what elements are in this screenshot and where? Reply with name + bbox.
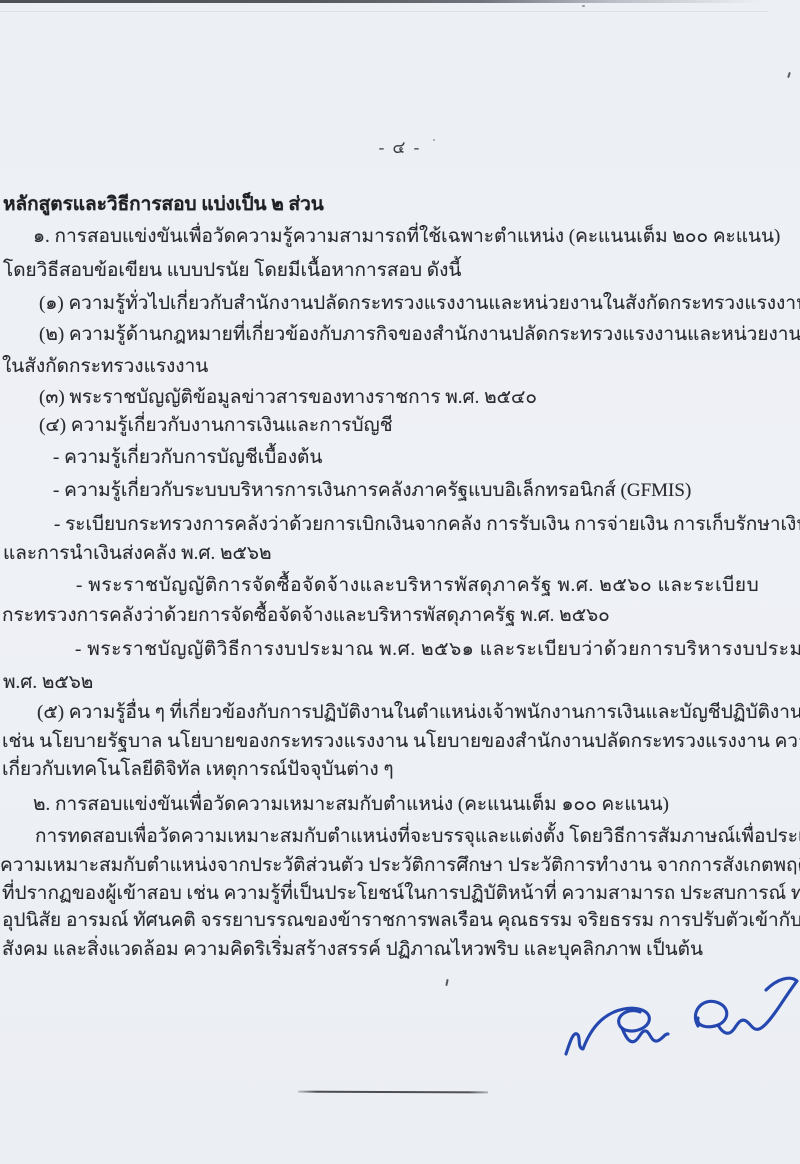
topic-5: (๕) ความรู้อื่น ๆ ที่เกี่ยวข้องกับการปฏิ… bbox=[37, 700, 800, 726]
subtopic-gfmis: - ความรู้เกี่ยวกับระบบบริหารการเงินการคล… bbox=[53, 478, 691, 504]
part2-description-1: การทดสอบเพื่อวัดความเหมาะสมกับตำแหน่งที่… bbox=[35, 824, 800, 850]
topic-5-continued-2: เกี่ยวกับเทคโนโลยีดิจิทัล เหตุการณ์ปัจจุ… bbox=[2, 757, 394, 783]
section-heading: หลักสูตรและวิธีการสอบ แบ่งเป็น ๒ ส่วน bbox=[3, 192, 324, 218]
subtopic-budget-continued: พ.ศ. ๒๕๖๒ bbox=[3, 670, 93, 696]
signature-ink bbox=[556, 966, 800, 1070]
part2-description-2: ความเหมาะสมกับตำแหน่งจากประวัติส่วนตัว ป… bbox=[0, 853, 800, 879]
scanned-document-page: - ๔ - หลักสูตรและวิธีการสอบ แบ่งเป็น ๒ ส… bbox=[0, 0, 800, 1164]
topic-1: (๑) ความรู้ทั่วไปเกี่ยวกับสำนักงานปลัดกร… bbox=[39, 291, 800, 317]
topic-2-continued: ในสังกัดกระทรวงแรงงาน bbox=[2, 354, 208, 380]
topic-5-continued-1: เช่น นโยบายรัฐบาล นโยบายของกระทรวงแรงงาน… bbox=[2, 729, 800, 755]
part2-description-3: ที่ปรากฏของผู้เข้าสอบ เช่น ความรู้ที่เป็… bbox=[2, 881, 800, 907]
subtopic-accounting-basics: - ความรู้เกี่ยวกับการบัญชีเบื้องต้น bbox=[53, 445, 322, 471]
subtopic-budget-act: - พระราชบัญญัติวิธีการงบประมาณ พ.ศ. ๒๕๖๑… bbox=[75, 637, 800, 663]
part1-method: โดยวิธีสอบข้อเขียน แบบปรนัย โดยมีเนื้อหา… bbox=[3, 258, 461, 284]
topic-3: (๓) พระราชบัญญัติข้อมูลข่าวสารของทางราชก… bbox=[39, 385, 537, 411]
part2-title: ๒. การสอบแข่งขันเพื่อวัดความเหมาะสมกับตำ… bbox=[33, 792, 669, 818]
part1-title: ๑. การสอบแข่งขันเพื่อวัดความรู้ความสามาร… bbox=[33, 224, 780, 250]
subtopic-treasury-regulation: - ระเบียบกระทรวงการคลังว่าด้วยการเบิกเงิ… bbox=[54, 512, 800, 538]
subtopic-procurement-continued: กระทรวงการคลังว่าด้วยการจัดซื้อจัดจ้างแล… bbox=[2, 603, 610, 629]
stray-scan-line bbox=[298, 1091, 488, 1094]
part2-description-5: สังคม และสิ่งแวดล้อม ความคิดริเริ่มสร้าง… bbox=[2, 937, 703, 963]
scan-speck bbox=[582, 5, 585, 7]
subtopic-treasury-continued: และการนำเงินส่งคลัง พ.ศ. ๒๕๖๒ bbox=[3, 541, 271, 567]
topic-4: (๔) ความรู้เกี่ยวกับงานการเงินและการบัญช… bbox=[39, 413, 393, 439]
topic-2: (๒) ความรู้ด้านกฎหมายที่เกี่ยวข้องกับภาร… bbox=[39, 322, 800, 348]
page-number: - ๔ - bbox=[0, 134, 800, 161]
part2-description-4: อุปนิสัย อารมณ์ ทัศนคติ จรรยาบรรณของข้าร… bbox=[2, 908, 800, 934]
scan-edge-top bbox=[0, 0, 800, 3]
scan-speck bbox=[787, 72, 791, 78]
scan-edge-faint bbox=[0, 11, 768, 12]
scan-speck bbox=[445, 979, 448, 986]
subtopic-procurement-act: - พระราชบัญญัติการจัดซื้อจัดจ้างและบริหา… bbox=[76, 573, 759, 599]
scan-speck bbox=[433, 139, 435, 141]
